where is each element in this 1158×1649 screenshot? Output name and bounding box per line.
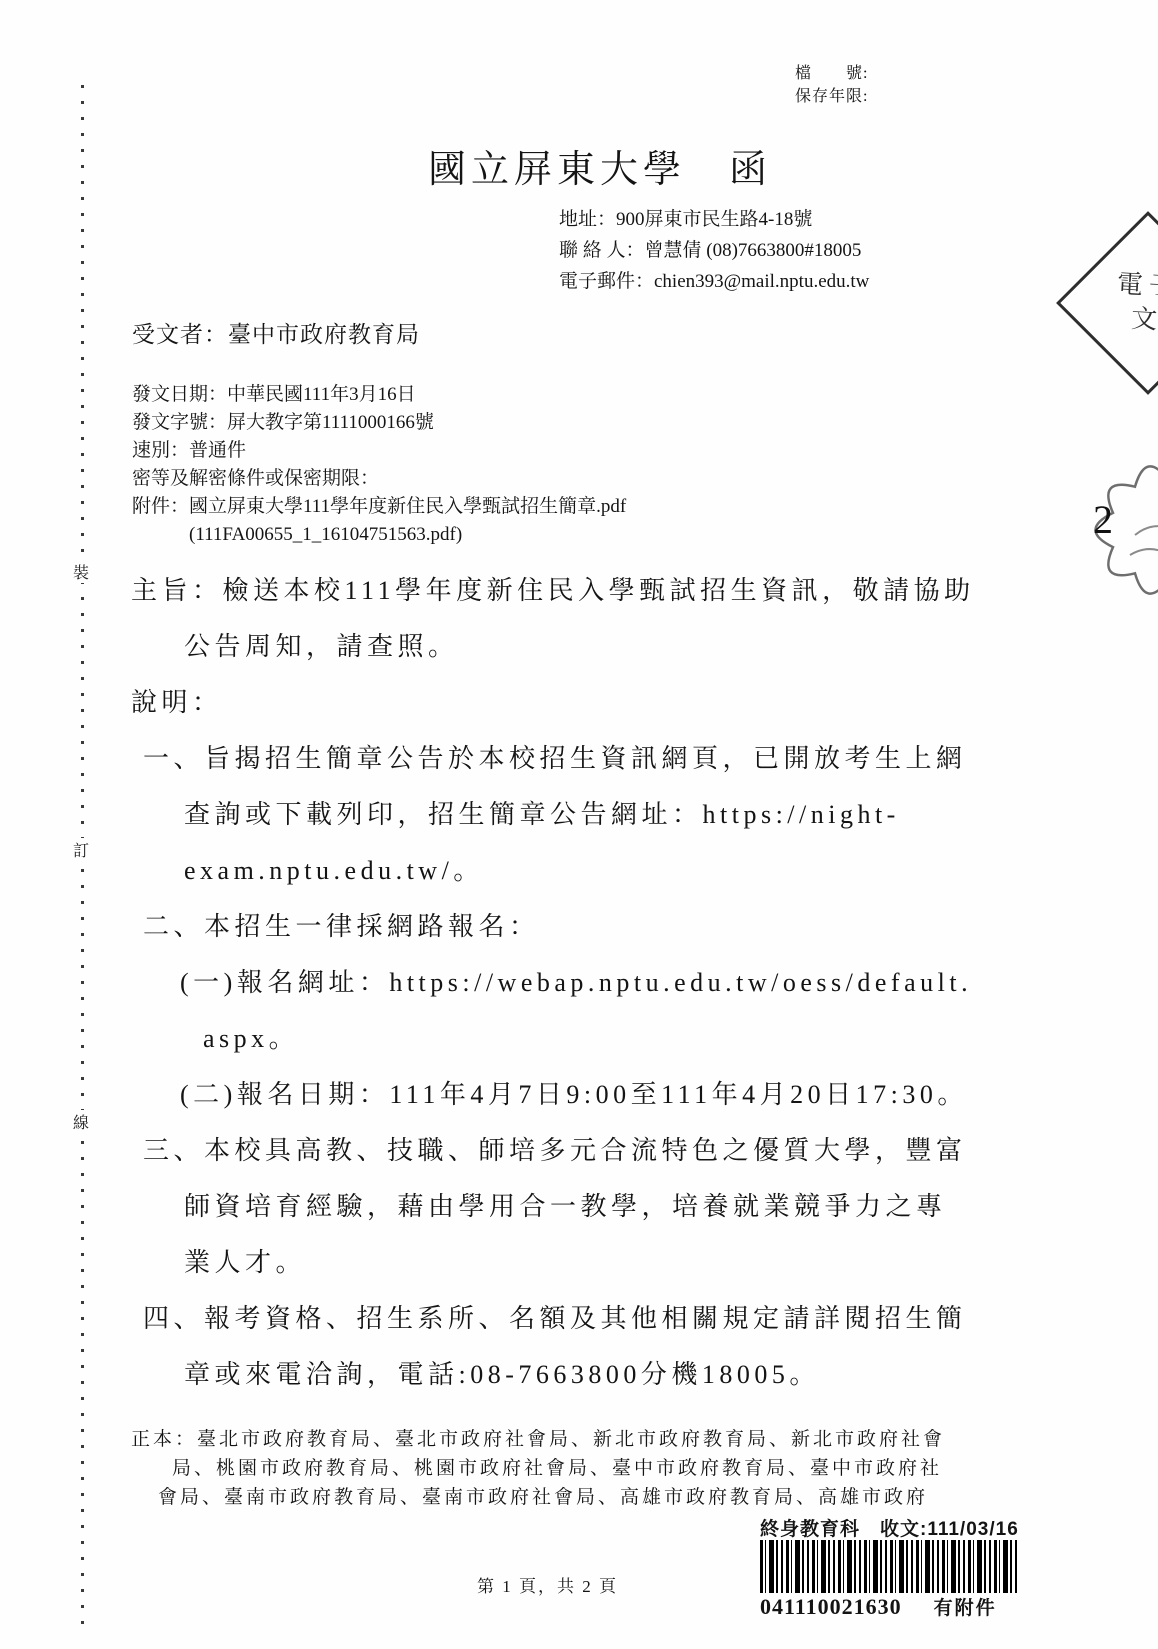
- item-1-line-2: 查詢或下載列印，招生簡章公告網址：https://night-: [0, 787, 1158, 843]
- item-1-line-1: 一、旨揭招生簡章公告於本校招生資訊網頁，已開放考生上網: [0, 731, 1158, 787]
- subject-line-2: 公告周知，請查照。: [0, 619, 1158, 675]
- sender-contact-person: 聯 絡 人：曾慧倩 (08)7663800#18005: [559, 235, 869, 266]
- receipt-stamp-text: 終身教育科 收文:111/03/16: [760, 1514, 1020, 1541]
- copy-to-line-2: 局、桃園市政府教育局、桃園市政府社會局、臺中市政府教育局、臺中市政府社: [172, 1453, 942, 1480]
- file-number-label: 檔 號:: [795, 62, 868, 85]
- sender-address: 地址：900屏東市民生路4-18號: [559, 204, 869, 235]
- item-2-sub-2: (二)報名日期：111年4月7日9:00至111年4月20日17:30。: [0, 1067, 1158, 1123]
- attachment-filename: (111FA00655_1_16104751563.pdf): [132, 521, 626, 549]
- item-2-sub-1-line-2: aspx。: [0, 1011, 1158, 1067]
- item-4-line-1: 四、報考資格、招生系所、名額及其他相關規定請詳閱招生簡: [0, 1291, 1158, 1347]
- item-1-line-3: exam.nptu.edu.tw/。: [0, 843, 1158, 899]
- page-corner-number: 2: [1093, 496, 1113, 543]
- page-footer: 第 1 頁，共 2 頁: [477, 1572, 618, 1597]
- retention-period-label: 保存年限:: [795, 85, 868, 108]
- item-2-line-1: 二、本招生一律採網路報名：: [0, 899, 1158, 955]
- stamp-text-line-2: 文: [1114, 301, 1158, 338]
- sender-email: 電子郵件：chien393@mail.nptu.edu.tw: [559, 266, 869, 297]
- item-3-line-1: 三、本校具高教、技職、師培多元合流特色之優質大學，豐富: [0, 1123, 1158, 1179]
- speed-class: 速別：普通件: [132, 437, 626, 465]
- electronic-exchange-stamp: 電子 文: [1056, 211, 1158, 395]
- attachment-note: 有附件: [934, 1593, 997, 1620]
- electronic-exchange-stamp-text: 電子 文: [1114, 267, 1158, 338]
- issue-date: 發文日期：中華民國111年3月16日: [132, 381, 626, 409]
- document-page: 裝 訂 線 檔 號: 保存年限: 國立屏東大學 函 地址：900屏東市民生路4-…: [0, 0, 1158, 1649]
- barcode-number: 041110021630: [760, 1594, 902, 1620]
- flower-seal: [1075, 445, 1158, 615]
- explanation-heading: 說明：: [0, 675, 1158, 731]
- copy-to-line-3: 會局、臺南市政府教育局、臺南市政府社會局、高雄市政府教育局、高雄市政府: [158, 1482, 928, 1509]
- document-meta-block: 發文日期：中華民國111年3月16日 發文字號：屏大教字第1111000166號…: [132, 381, 626, 549]
- attachment-name: 附件：國立屏東大學111學年度新住民入學甄試招生簡章.pdf: [132, 493, 626, 521]
- item-4-line-2: 章或來電洽詢，電話:08-7663800分機18005。: [0, 1347, 1158, 1403]
- subject-line-1: 主旨：檢送本校111學年度新住民入學甄試招生資訊，敬請協助: [0, 563, 1158, 619]
- letter-body: 主旨：檢送本校111學年度新住民入學甄試招生資訊，敬請協助 公告周知，請查照。 …: [0, 563, 1158, 1403]
- stamp-text-line-1: 電子: [1116, 267, 1158, 304]
- barcode: [760, 1540, 1018, 1593]
- file-number-box: 檔 號: 保存年限:: [795, 62, 868, 108]
- document-title: 國立屏東大學 函: [428, 138, 772, 193]
- item-2-sub-1-line-1: (一)報名網址：https://webap.nptu.edu.tw/oess/d…: [0, 955, 1158, 1011]
- issue-number: 發文字號：屏大教字第1111000166號: [132, 409, 626, 437]
- copy-to-line-1: 正本：臺北市政府教育局、臺北市政府社會局、新北市政府教育局、新北市政府社會: [131, 1424, 945, 1451]
- item-3-line-2: 師資培育經驗，藉由學用合一教學，培養就業競爭力之專: [0, 1179, 1158, 1235]
- security-class: 密等及解密條件或保密期限：: [132, 465, 626, 493]
- sender-contact-block: 地址：900屏東市民生路4-18號 聯 絡 人：曾慧倩 (08)7663800#…: [559, 204, 869, 297]
- item-3-line-3: 業人才。: [0, 1235, 1158, 1291]
- recipient-line: 受文者：臺中市政府教育局: [132, 316, 420, 349]
- barcode-caption-row: 041110021630 有附件: [760, 1593, 997, 1620]
